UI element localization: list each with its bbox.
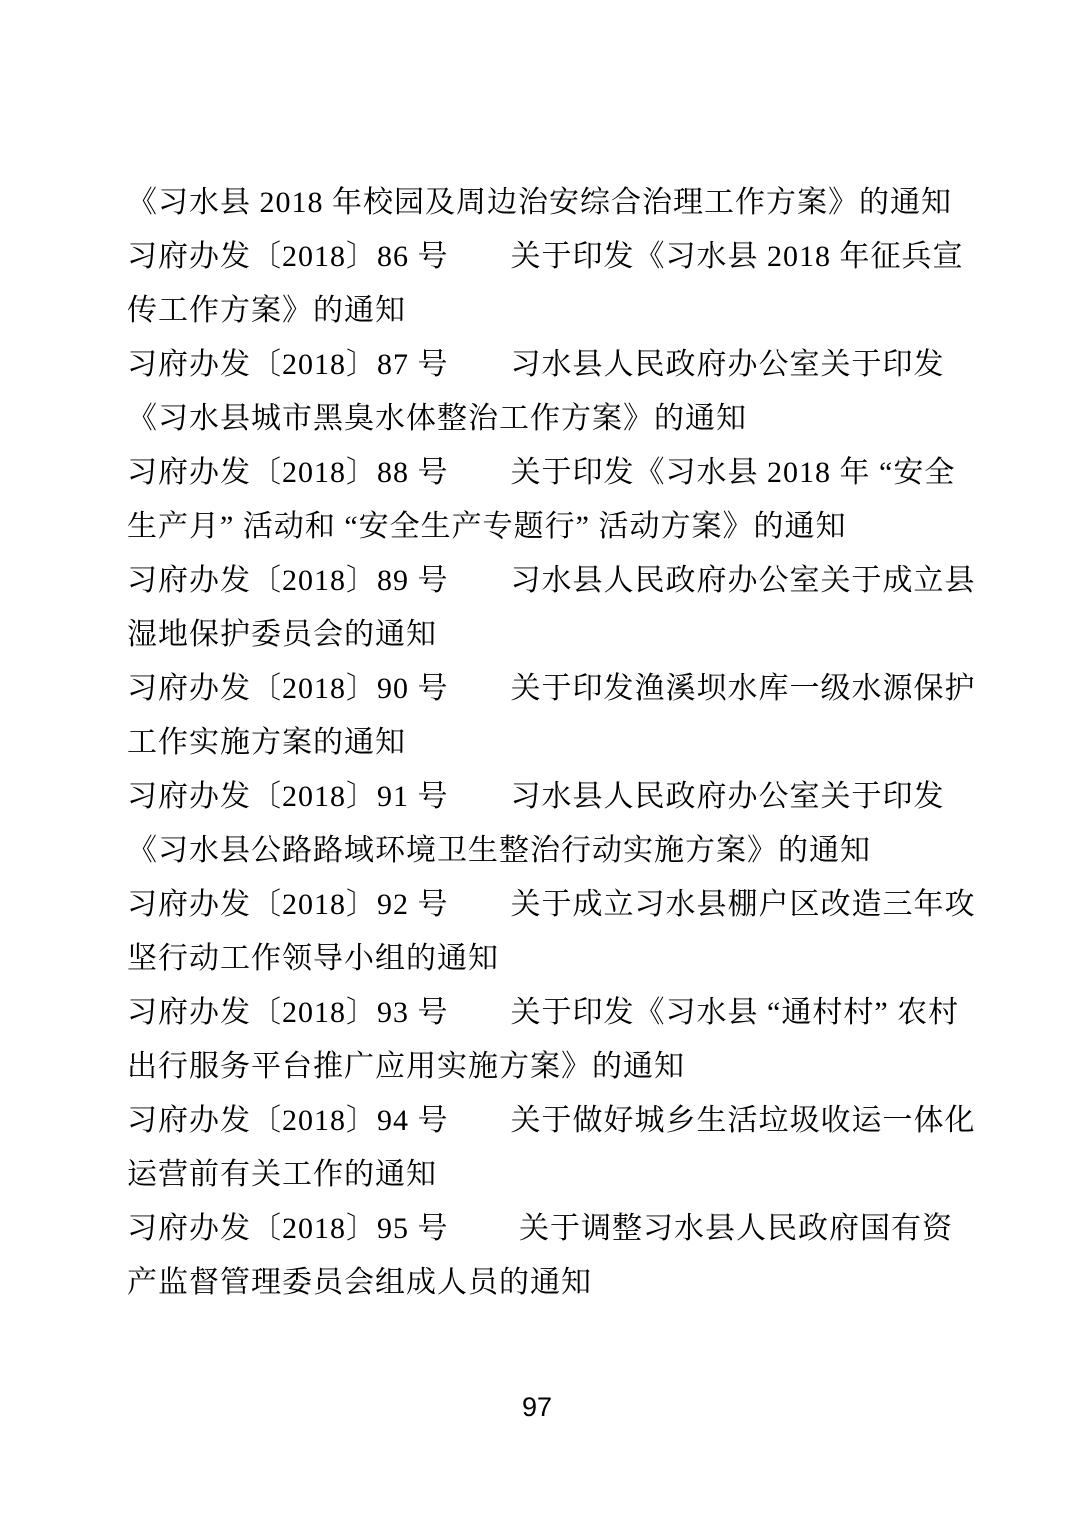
document-line: 习府办发〔2018〕95 号 关于调整习水县人民政府国有资 [127, 1202, 957, 1256]
document-line: 工作实施方案的通知 [127, 716, 957, 770]
document-line: 《习水县公路路域环境卫生整治行动实施方案》的通知 [127, 824, 957, 878]
document-line: 习府办发〔2018〕94 号 关于做好城乡生活垃圾收运一体化 [127, 1094, 957, 1148]
document-page: 《习水县 2018 年校园及周边治安综合治理工作方案》的通知 习府办发〔2018… [0, 0, 1074, 1520]
document-line: 生产月” 活动和 “安全生产专题行” 活动方案》的通知 [127, 500, 957, 554]
document-line: 习府办发〔2018〕91 号 习水县人民政府办公室关于印发 [127, 770, 957, 824]
document-line: 习府办发〔2018〕89 号 习水县人民政府办公室关于成立县 [127, 554, 957, 608]
document-line: 习府办发〔2018〕90 号 关于印发渔溪坝水库一级水源保护 [127, 662, 957, 716]
document-line: 坚行动工作领导小组的通知 [127, 932, 957, 986]
document-body: 《习水县 2018 年校园及周边治安综合治理工作方案》的通知 习府办发〔2018… [127, 176, 957, 1310]
document-line: 习府办发〔2018〕88 号 关于印发《习水县 2018 年 “安全 [127, 446, 957, 500]
document-line: 运营前有关工作的通知 [127, 1148, 957, 1202]
page-number: 97 [0, 1392, 1074, 1423]
document-line: 湿地保护委员会的通知 [127, 608, 957, 662]
document-line: 习府办发〔2018〕87 号 习水县人民政府办公室关于印发 [127, 338, 957, 392]
document-line: 产监督管理委员会组成人员的通知 [127, 1256, 957, 1310]
document-line: 《习水县 2018 年校园及周边治安综合治理工作方案》的通知 [127, 176, 957, 230]
document-line: 出行服务平台推广应用实施方案》的通知 [127, 1040, 957, 1094]
document-line: 《习水县城市黑臭水体整治工作方案》的通知 [127, 392, 957, 446]
document-line: 习府办发〔2018〕93 号 关于印发《习水县 “通村村” 农村 [127, 986, 957, 1040]
document-line: 传工作方案》的通知 [127, 284, 957, 338]
document-line: 习府办发〔2018〕92 号 关于成立习水县棚户区改造三年攻 [127, 878, 957, 932]
document-line: 习府办发〔2018〕86 号 关于印发《习水县 2018 年征兵宣 [127, 230, 957, 284]
